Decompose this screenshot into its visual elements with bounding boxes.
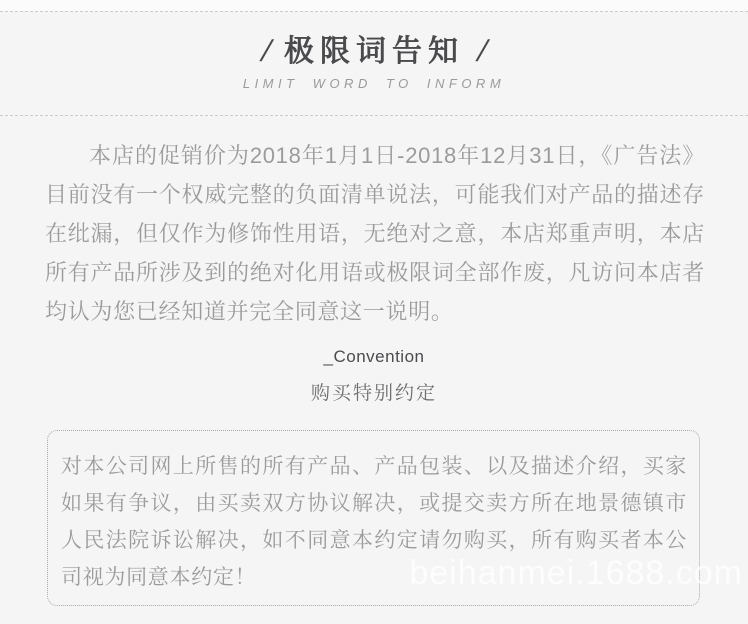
- limit-word-notice-page: /极限词告知/ LIMIT WORD TO INFORM 本店的促销价为2018…: [0, 0, 748, 624]
- top-strip: [0, 0, 748, 11]
- notice-header: /极限词告知/ LIMIT WORD TO INFORM: [0, 33, 748, 91]
- page-title: /极限词告知/: [0, 33, 748, 71]
- purchase-agreement-text: 对本公司网上所售的所有产品、产品包装、以及描述介绍，买家如果有争议，由买卖双方协…: [48, 431, 699, 596]
- purchase-agreement-box: 对本公司网上所售的所有产品、产品包装、以及描述介绍，买家如果有争议，由买卖双方协…: [47, 430, 700, 606]
- convention-header: _Convention 购买特别约定: [0, 347, 748, 405]
- convention-label-zh: 购买特别约定: [0, 378, 748, 405]
- slash-decoration-right: /: [476, 33, 488, 71]
- convention-label-en: _Convention: [0, 347, 748, 367]
- page-subtitle: LIMIT WORD TO INFORM: [0, 76, 748, 91]
- divider-header-bottom: [0, 115, 748, 116]
- page-title-text: 极限词告知: [284, 35, 464, 68]
- slash-decoration-left: /: [260, 33, 272, 71]
- divider-top: [0, 11, 748, 12]
- promo-price-notice-text: 本店的促销价为2018年1月1日-2018年12月31日，《广告法》目前没有一个…: [45, 136, 705, 331]
